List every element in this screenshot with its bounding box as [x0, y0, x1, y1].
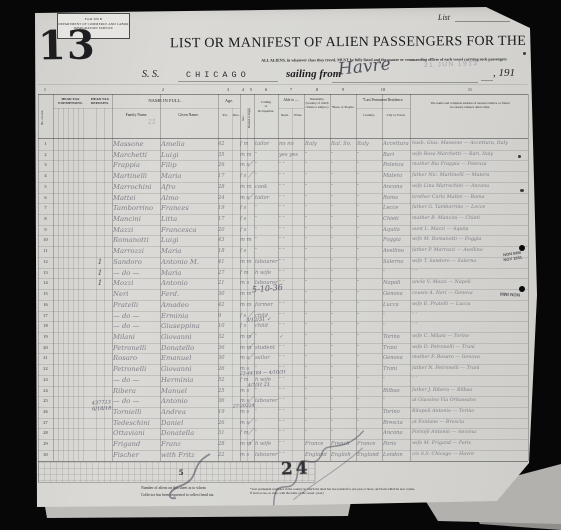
row-29-addr: wife M. Frigand — Paris: [412, 439, 528, 450]
row-16-nat: ″: [305, 300, 330, 311]
row-14-nat: ″: [305, 278, 330, 289]
row-9-ms: f s: [240, 225, 254, 236]
row-2-nat: ″: [305, 150, 330, 161]
row-27-age: 26: [218, 418, 234, 429]
row-10-given: Luigi: [161, 235, 216, 246]
row-14-race: ″: [331, 278, 356, 289]
row-18-no: 18: [38, 321, 53, 332]
ink-flourish: [158, 448, 218, 506]
row-5-city: Ancona: [383, 182, 410, 193]
row-7-rw: ″ ″: [279, 203, 304, 214]
row-20-addr: wife D. Petronelli — Trani: [412, 343, 528, 354]
row-17-rw: ″ ″: [279, 311, 304, 322]
row-30-family: Fischer: [113, 450, 160, 461]
row-9-no: 9: [38, 225, 53, 236]
row-26-rw: ″ ″: [279, 407, 304, 418]
row-6-no: 6: [38, 193, 53, 204]
row-14-no: 14: [38, 278, 53, 289]
row-12-nat: ″: [305, 257, 330, 268]
row-30-city: London: [383, 450, 410, 461]
row-26-given: Andrea: [161, 407, 216, 418]
row-18-addr: ″ ″: [412, 321, 528, 332]
row-15-family: Neri: [113, 289, 160, 300]
row-20-race: ″: [331, 343, 356, 354]
row-18-family: — do —: [113, 321, 160, 332]
row-5-rw: ″ ″: [279, 182, 304, 193]
row-1-no: 1: [38, 139, 53, 150]
row-16-city: Lucca: [383, 300, 410, 311]
row-21-country: ″: [357, 353, 382, 364]
row-17-addr: ″ ″: [412, 311, 528, 322]
row-6-family: Mattei: [113, 193, 160, 204]
row-4-given: Maria: [161, 171, 216, 182]
row-26-city: Torino: [383, 407, 410, 418]
row-18-age: 10: [218, 321, 234, 332]
row-4-no: 4: [38, 171, 53, 182]
row-12-age: 41: [218, 257, 234, 268]
row-28-city: Ancona: [383, 428, 410, 439]
ink-speck: [523, 52, 526, 55]
row-21-race: ″: [331, 353, 356, 364]
row-11-country: ″: [357, 246, 382, 257]
row-22-family: Petronelli: [113, 364, 160, 375]
row-26-family: Tornielli: [113, 407, 160, 418]
row-7-city: Lecce: [383, 203, 410, 214]
row-12-given: Antonio M.: [161, 257, 216, 268]
row-21-given: Emanuel: [161, 353, 216, 364]
row-15-given: Ferd.: [161, 289, 216, 300]
row-27-occ: ″: [255, 418, 278, 429]
row-13-family: — do —: [113, 268, 160, 279]
row-19-country: ″: [357, 332, 382, 343]
row-11-city: Avellino: [383, 246, 410, 257]
row-4-addr: father Nic. Martinelli — Matera: [412, 171, 528, 182]
row-11-occ: ″: [255, 246, 278, 257]
row-2-race: ″: [331, 150, 356, 161]
row-16-rw: ″ ″: [279, 300, 304, 311]
row-13-nat: ″: [305, 268, 330, 279]
row-4-race: ″: [331, 171, 356, 182]
row-13-given: Maria: [161, 268, 216, 279]
row-14-family: Mozzi: [113, 278, 160, 289]
row-26-addr: Bilopoli Antonio — Torino: [412, 407, 528, 418]
row-12-rw: ″ ″: [279, 257, 304, 268]
row-19-no: 19: [38, 332, 53, 343]
row-3-addr: mother Bia Frappia — Potenza: [412, 160, 528, 171]
row-19-family: Milani: [113, 332, 160, 343]
row-9-addr: aunt L. Mazzi — Aquila: [412, 225, 528, 236]
row-30-age: 22: [218, 450, 234, 461]
row-8-occ: ″: [255, 214, 278, 225]
row-7-age: 19: [218, 203, 234, 214]
row-21-family: Rosaro: [113, 353, 160, 364]
row-7-given: Frances: [161, 203, 216, 214]
row-5-nat: ″: [305, 182, 330, 193]
row-22-country: ″: [357, 364, 382, 375]
row-18-given: Giuseppina: [161, 321, 216, 332]
row-26-annotation: 27-20324: [233, 404, 255, 410]
row-27-rw: ″ ″: [279, 418, 304, 429]
row-21-age: 30: [218, 353, 234, 364]
row-3-age: 26: [218, 160, 234, 171]
row-19-rw: ✓: [279, 332, 304, 343]
row-4-age: 17: [218, 171, 234, 182]
row-11-family: Marrozzi: [113, 246, 160, 257]
row-24-city: Bilbao: [383, 386, 410, 397]
row-15-nat: ″: [305, 289, 330, 300]
row-9-country: ″: [357, 225, 382, 236]
row-3-rw: ″ ″: [279, 160, 304, 171]
row-23-age: 52: [218, 375, 234, 386]
punch-hole: [519, 286, 525, 292]
row-16-addr: wife E. Pratelli — Lucca: [412, 300, 528, 311]
row-26-nat: ″: [305, 407, 330, 418]
row-23-no: 23: [38, 375, 53, 386]
row-7-race: ″: [331, 203, 356, 214]
row-6-given: Almo: [161, 193, 216, 204]
row-8-addr: mother R. Mancini — Chieti: [412, 214, 528, 225]
row-21-city: Genova: [383, 353, 410, 364]
row-22-race: ″: [331, 364, 356, 375]
manifest-page: Form 500 B DEPARTMENT OF COMMERCE AND LA…: [0, 0, 561, 530]
row-26-margin-annotation: 437713 6/18/18: [92, 401, 112, 413]
row-3-given: Filip: [161, 160, 216, 171]
row-25-occ: labourer: [255, 396, 278, 407]
row-24-age: 25: [218, 386, 234, 397]
row-23-nat: ″: [305, 375, 330, 386]
row-23-rw: ″ ″: [279, 375, 304, 386]
row-21-addr: mother F. Rosaro — Genova: [412, 353, 528, 364]
row-19-city: Torino: [383, 332, 410, 343]
row-5-age: 28: [218, 182, 234, 193]
row-3-race: ″: [331, 160, 356, 171]
row-11-given: Maria: [161, 246, 216, 257]
row-2-age: 35: [218, 150, 234, 161]
row-27-no: 27: [38, 418, 53, 429]
row-13-city: ″: [383, 268, 410, 279]
row-28-age: 31: [218, 428, 234, 439]
row-1-nat: Italy: [305, 139, 330, 150]
row-7-nat: ″: [305, 203, 330, 214]
row-4-family: Martinelli: [113, 171, 160, 182]
row-25-no: 25: [38, 396, 53, 407]
row-25-race: ″: [331, 396, 356, 407]
row-13-rw: ″ ″: [279, 268, 304, 279]
row-2-no: 2: [38, 150, 53, 161]
row-22-nat: ″: [305, 364, 330, 375]
row-23-city: ″: [383, 375, 410, 386]
row-1-country: Italy: [357, 139, 382, 150]
row-9-given: Francesca: [161, 225, 216, 236]
row-16-family: Pratelli: [113, 300, 160, 311]
row-8-nat: ″: [305, 214, 330, 225]
row-6-nat: ″: [305, 193, 330, 204]
row-6-age: 24: [218, 193, 234, 204]
row-22-city: Trani: [383, 364, 410, 375]
row-23-family: — do —: [113, 375, 160, 386]
row-27-addr: at Fontane — Brescia: [412, 418, 528, 429]
row-18-rw: ″ ″: [279, 321, 304, 332]
row-7-ms: f s: [240, 203, 254, 214]
row-25-age: 36: [218, 396, 234, 407]
row-25-nat: ″: [305, 396, 330, 407]
row-17-race: ″: [331, 311, 356, 322]
row-11-nat: ″: [305, 246, 330, 257]
row-7-no: 7: [38, 203, 53, 214]
row-16-race: ″: [331, 300, 356, 311]
row-11-no: 11: [38, 246, 53, 257]
row-7-country: ″: [357, 203, 382, 214]
row-25-city: ″: [383, 396, 410, 407]
row-5-no: 5: [38, 182, 53, 193]
row-24-no: 24: [38, 386, 53, 397]
row-17-country: ″: [357, 311, 382, 322]
row-3-no: 3: [38, 160, 53, 171]
row-23-given: Herminia: [161, 375, 216, 386]
row-19-given: Giovanni: [161, 332, 216, 343]
row-13-age: 27: [218, 268, 234, 279]
row-30-addr: c/o S.S. Chicago — Havre: [412, 450, 528, 461]
row-24-race: ″: [331, 386, 356, 397]
row-30-no: 30: [38, 450, 53, 461]
row-10-city: Foggia: [383, 235, 410, 246]
row-2-city: Bari: [383, 150, 410, 161]
row-21-occ: sailor: [255, 353, 278, 364]
row-1-ms: f m: [240, 139, 254, 150]
row-14-age: 21: [218, 278, 234, 289]
row-10-addr: wife M. Romanotti — Foggia: [412, 235, 528, 246]
row-18-nat: ″: [305, 321, 330, 332]
row-2-given: Luigi: [161, 150, 216, 161]
row-19-nat: ″: [305, 332, 330, 343]
row-2-family: Marchetti: [113, 150, 160, 161]
row-16-age: 42: [218, 300, 234, 311]
row-2-addr: wife Rosa Marchetti — Bari, Italy: [412, 150, 528, 161]
row-24-nat: ″: [305, 386, 330, 397]
row-15-race: ″: [331, 289, 356, 300]
row-19-occ: ″: [255, 332, 278, 343]
row-11-age: 18: [218, 246, 234, 257]
row-3-occ: ″: [255, 160, 278, 171]
row-28-no: 28: [38, 428, 53, 439]
row-2-rw: yes yes: [279, 150, 304, 161]
row-23-addr: ″ ″: [412, 375, 528, 386]
row-27-family: Tedeschini: [113, 418, 160, 429]
row-5-occ: cook: [255, 182, 278, 193]
row-6-race: ″: [331, 193, 356, 204]
row-23-race: ″: [331, 375, 356, 386]
row-20-age: 36: [218, 343, 234, 354]
row-18-race: ″: [331, 321, 356, 332]
row-9-race: ″: [331, 225, 356, 236]
row-14-addr: uncle V. Mozzi — Napoli: [412, 278, 528, 289]
row-20-family: Petronelli: [113, 343, 160, 354]
row-14-dep: 1: [88, 278, 112, 289]
row-10-race: ″: [331, 235, 356, 246]
row-2-country: ″: [357, 150, 382, 161]
row-22-no: 22: [38, 364, 53, 375]
row-17-given: Erminia: [161, 311, 216, 322]
row-21-nat: ″: [305, 353, 330, 364]
row-5-family: Marrochini: [113, 182, 160, 193]
row-6-rw: ″ ″: [279, 193, 304, 204]
row-12-ms: m m: [240, 257, 254, 268]
row-28-addr: Portofé Antonio — Ancona: [412, 428, 528, 439]
row-13-occ: h wife: [255, 268, 278, 279]
row-5-race: ″: [331, 182, 356, 193]
row-14-city: Napoli: [383, 278, 410, 289]
row-4-city: Matera: [383, 171, 410, 182]
row-17-family: — do —: [113, 311, 160, 322]
row-25-rw: ″ ″: [279, 396, 304, 407]
row-14-given: Antonio: [161, 278, 216, 289]
row-7-family: Tamborrino: [113, 203, 160, 214]
row-20-no: 20: [38, 343, 53, 354]
row-24-annotation: 4/7/31 23: [248, 383, 270, 389]
row-8-race: ″: [331, 214, 356, 225]
row-1-city: Accettura: [383, 139, 410, 150]
row-12-city: Salerno: [383, 257, 410, 268]
row-26-age: 19: [218, 407, 234, 418]
row-24-family: Ribera: [113, 386, 160, 397]
row-29-age: 28: [218, 439, 234, 450]
row-9-nat: ″: [305, 225, 330, 236]
row-24-addr: father J. Ribera — Bilbao: [412, 386, 528, 397]
row-12-country: ″: [357, 257, 382, 268]
row-28-family: Ottaviani: [113, 428, 160, 439]
row-24-country: ″: [357, 386, 382, 397]
row-15-country: ″: [357, 289, 382, 300]
row-29-city: Paris: [383, 439, 410, 450]
row-3-city: Potenza: [383, 160, 410, 171]
row-3-country: ″: [357, 160, 382, 171]
row-27-city: Brescia: [383, 418, 410, 429]
row-7-addr: father G. Tamborrino — Lecce: [412, 203, 528, 214]
row-5-given: Afro: [161, 182, 216, 193]
row-29-family: Frigand: [113, 439, 160, 450]
row-9-city: Aquila: [383, 225, 410, 236]
row-10-rw: ″ ″: [279, 235, 304, 246]
row-11-race: ″: [331, 246, 356, 257]
row-1-race: Ital. So.: [331, 139, 356, 150]
ink-speck: [520, 189, 524, 192]
row-12-dep: 1: [88, 257, 112, 268]
row-2-occ: ″: [255, 150, 278, 161]
row-15-no: 15: [38, 289, 53, 300]
row-18-country: ″: [357, 321, 382, 332]
row-20-nat: ″: [305, 343, 330, 354]
punch-hole: [519, 245, 525, 251]
row-4-rw: ″ ″: [279, 171, 304, 182]
row-4-nat: ″: [305, 171, 330, 182]
row-10-nat: ″: [305, 235, 330, 246]
row-1-age: 42: [218, 139, 234, 150]
document-scan: Form 500 B DEPARTMENT OF COMMERCE AND LA…: [0, 0, 561, 530]
row-1-occ: tailor: [255, 139, 278, 150]
row-17-nat: ″: [305, 311, 330, 322]
row-10-country: ″: [357, 235, 382, 246]
row-14-country: ″: [357, 278, 382, 289]
row-22-given: Giovanni: [161, 364, 216, 375]
row-13-addr: ″ ″: [412, 268, 528, 279]
row-28-occ: ″: [255, 428, 278, 439]
row-4-occ: ″: [255, 171, 278, 182]
row-15-city: Genova: [383, 289, 410, 300]
row-10-family: Romanotti: [113, 235, 160, 246]
row-1-rw: no no: [279, 139, 304, 150]
row-6-addr: brother Carlo Mattei — Roma: [412, 193, 528, 204]
row-12-family: Sandoro: [113, 257, 160, 268]
row-29-no: 29: [38, 439, 53, 450]
row-23-country: ″: [357, 375, 382, 386]
row-25-family: — do —: [113, 396, 160, 407]
row-19-race: ″: [331, 332, 356, 343]
row-8-city: Chieti: [383, 214, 410, 225]
row-13-country: ″: [357, 268, 382, 279]
row-22-age: 26: [218, 364, 234, 375]
row-8-country: ″: [357, 214, 382, 225]
row-17-no: 17: [38, 311, 53, 322]
row-13-race: ″: [331, 268, 356, 279]
row-20-occ: student: [255, 343, 278, 354]
row-6-occ: tailor: [255, 193, 278, 204]
row-26-no: 26: [38, 407, 53, 418]
row-27-given: Daniel: [161, 418, 216, 429]
row-8-ms: f s: [240, 214, 254, 225]
row-12-occ: labourer: [255, 257, 278, 268]
row-9-age: 20: [218, 225, 234, 236]
row-19-addr: wife C. Milani — Torino: [412, 332, 528, 343]
row-12-race: ″: [331, 257, 356, 268]
row-25-addr: at Giassino Via Orbassano: [412, 396, 528, 407]
row-7-occ: ″: [255, 203, 278, 214]
row-18-city: ″: [383, 321, 410, 332]
row-17-age: 9: [218, 311, 234, 322]
row-5-addr: wife Lina Marrochini — Ancona: [412, 182, 528, 193]
row-8-given: Litta: [161, 214, 216, 225]
row-12-no: 12: [38, 257, 53, 268]
row-20-rw: ″ ″: [279, 343, 304, 354]
row-16-country: ″: [357, 300, 382, 311]
row-20-city: Trani: [383, 343, 410, 354]
row-25-country: ″: [357, 396, 382, 407]
row-9-rw: ″ ″: [279, 225, 304, 236]
row-26-occ: ″: [255, 407, 278, 418]
row-9-family: Mazzi: [113, 225, 160, 236]
row-28-given: Donatella: [161, 428, 216, 439]
row-1-addr: husb. Gius. Massone — Accettura, Italy: [412, 139, 528, 150]
row-20-given: Donatello: [161, 343, 216, 354]
row-15-annotation: 5-10-36: [252, 283, 284, 295]
row-26-race: ″: [331, 407, 356, 418]
row-25-given: Antonio: [161, 396, 216, 407]
row-16-occ: farmer: [255, 300, 278, 311]
row-3-nat: ″: [305, 160, 330, 171]
row-20-country: ″: [357, 343, 382, 354]
row-5-country: ″: [357, 182, 382, 193]
row-22-addr: father N. Petronelli — Trani: [412, 364, 528, 375]
row-24-given: Manuel: [161, 386, 216, 397]
row-8-family: Mancini: [113, 214, 160, 225]
row-4-country: ″: [357, 171, 382, 182]
row-9-occ: ″: [255, 225, 278, 236]
row-19-age: 32: [218, 332, 234, 343]
row-16-given: Amadeo: [161, 300, 216, 311]
row-17-city: ″: [383, 311, 410, 322]
row-1-family: Massone: [113, 139, 160, 150]
non-immigrant-stamp: NON IMM: [500, 291, 520, 297]
row-13-dep: 1: [88, 268, 112, 279]
